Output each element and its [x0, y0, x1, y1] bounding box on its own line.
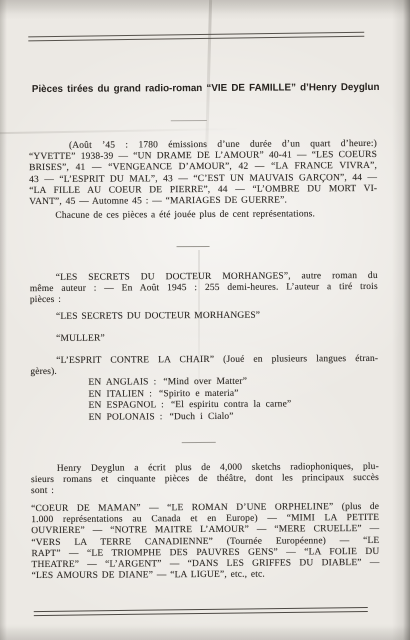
text-line: VANT”, 45 — Automne 45 : — “MARIAGES DE …	[29, 195, 377, 208]
paragraph-emissions-history: (Août ’45 : 1780 émissions d’une durée d…	[29, 139, 377, 208]
paragraph-main-successes: “COEUR DE MAMAN” — “LE ROMAN D’UNE ORPHE…	[31, 502, 379, 583]
text-line: Chacune de ces pièces a été jouée plus d…	[29, 209, 377, 222]
small-divider	[177, 246, 210, 247]
translation-title: “Spirito e materia”	[152, 388, 239, 399]
text-line: sont :	[31, 484, 379, 497]
translation-language: EN ESPAGNOL :	[88, 400, 163, 410]
scanned-page-photo: Pièces tirées du grand radio-roman “VIE …	[0, 0, 410, 640]
paragraph-morhanges-intro: “LES SECRETS DU DOCTEUR MORHANGES”, autr…	[30, 271, 378, 307]
small-divider	[171, 120, 207, 121]
translation-row: EN POLONAIS :“Duch i Cialo”	[89, 411, 379, 424]
top-double-rule	[28, 32, 364, 42]
paragraph-author-career: Henry Deyglun a écrit plus de 4,000 sket…	[31, 462, 379, 498]
small-divider	[182, 442, 216, 443]
play-title-morhanges: “LES SECRETS DU DOCTEUR MORHANGES”	[30, 310, 378, 323]
document-title: Pièces tirées du grand radio-roman “VIE …	[32, 82, 357, 95]
translation-language: EN POLONAIS :	[89, 412, 163, 422]
translation-language: EN ITALIEN :	[88, 389, 152, 399]
play-title-esprit-contre-chair: “L’ESPRIT CONTRE LA CHAIR” (Joué en plus…	[30, 354, 378, 379]
bottom-double-rule	[34, 607, 368, 616]
page-content: Pièces tirées du grand radio-roman “VIE …	[0, 0, 410, 640]
translation-title: “Mind over Matter”	[156, 377, 247, 388]
text-line: “LES AMOURS DE DIANE” — “LA LIGUE”, etc.…	[32, 569, 380, 582]
text-line: “MULLER”	[30, 332, 378, 345]
text-line: “LES SECRETS DU DOCTEUR MORHANGES”	[30, 310, 378, 323]
play-title-muller: “MULLER”	[30, 332, 378, 345]
text-line: “L’ESPRIT CONTRE LA CHAIR” (Joué en plus…	[30, 354, 378, 367]
translation-language: EN ANGLAIS :	[88, 377, 156, 387]
translation-title: “El espiritu contra la carne”	[164, 400, 291, 411]
paragraph-performances-note: Chacune de ces pièces a été jouée plus d…	[29, 209, 377, 222]
translation-title: “Duch i Cialo”	[163, 412, 234, 422]
translations-list: EN ANGLAIS :“Mind over Matter” EN ITALIE…	[88, 376, 378, 424]
text-line: pièces :	[30, 293, 378, 306]
